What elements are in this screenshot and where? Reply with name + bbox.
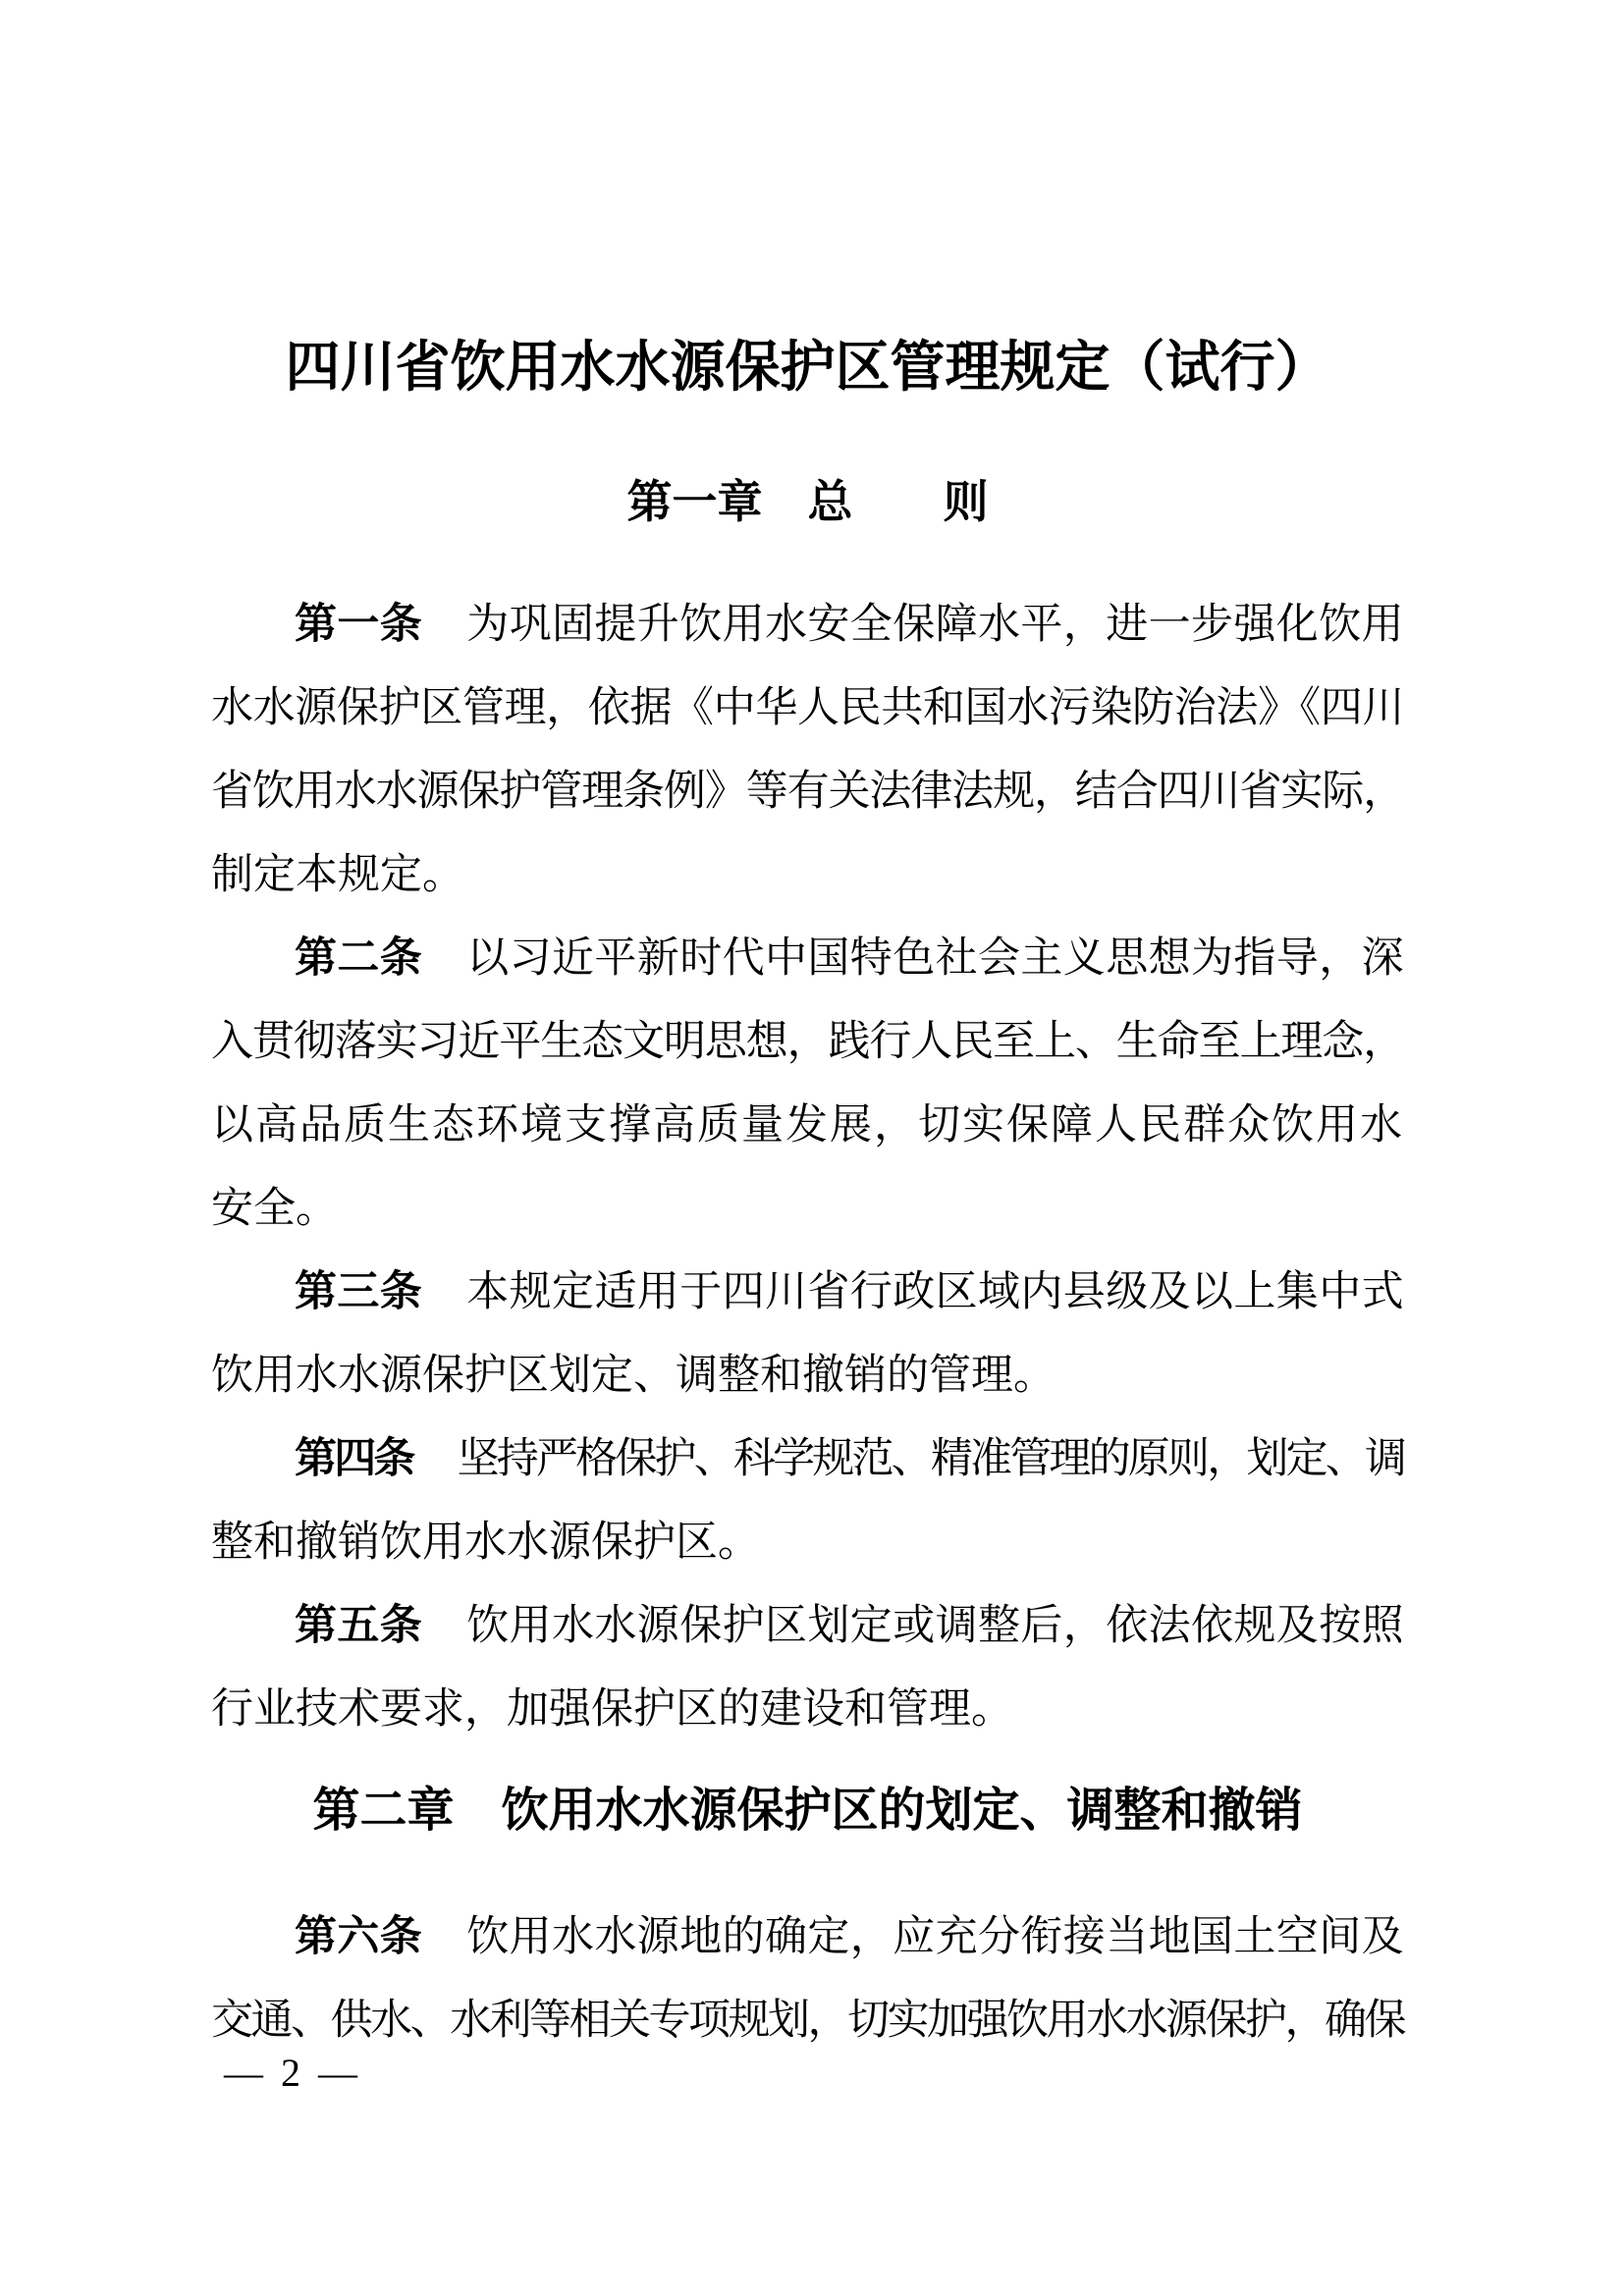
body-line: 入贯彻落实习近平生态文明思想，践行人民至上、生命至上理念， (211, 1000, 1404, 1084)
line-text: 饮用水水源保护区划定、调整和撤销的管理。 (211, 1353, 1056, 1399)
line-text: 行业技术要求，加强保护区的建设和管理。 (211, 1686, 1013, 1733)
body-line: 饮用水水源保护区划定、调整和撤销的管理。 (211, 1334, 1404, 1417)
body-line: 以高品质生态环境支撑高质量发展，切实保障人民群众饮用水 (211, 1084, 1404, 1167)
line-text: 交通、供水、水利等相关专项规划，切实加强饮用水水源保护，确保 (211, 1998, 1404, 2044)
line-text: 水水源保护区管理，依据《中华人民共和国水污染防治法》《四川 (211, 685, 1404, 731)
line-text: 安全。 (211, 1186, 338, 1232)
article-number-label: 第二条 (295, 934, 422, 982)
body-line: 第一条为巩固提升饮用水安全保障水平，进一步强化饮用 (211, 583, 1404, 667)
document-page: 四川省饮用水水源保护区管理规定（试行） 第一章 总 则第一条为巩固提升饮用水安全… (0, 0, 1624, 2296)
line-text: 饮用水水源地的确定，应充分衔接当地国土空间及 (466, 1914, 1404, 1960)
article-number-label: 第六条 (295, 1913, 422, 1960)
line-text: 坚持严格保护、科学规范、精准管理的原则，划定、调 (458, 1436, 1405, 1482)
body-line: 交通、供水、水利等相关专项规划，切实加强饮用水水源保护，确保 (211, 1979, 1404, 2062)
body-line: 整和撤销饮用水水源保护区。 (211, 1501, 1404, 1584)
chapter-heading: 第二章 饮用水水源保护区的划定、调整和撤销 (211, 1767, 1404, 1855)
article-number-label: 第五条 (295, 1602, 422, 1649)
body-line: 安全。 (211, 1167, 1404, 1251)
body-line: 第五条饮用水水源保护区划定或调整后，依法依规及按照 (211, 1584, 1404, 1668)
text-column: 四川省饮用水水源保护区管理规定（试行） 第一章 总 则第一条为巩固提升饮用水安全… (211, 0, 1404, 2062)
line-text: 饮用水水源保护区划定或调整后，依法依规及按照 (466, 1603, 1404, 1649)
body-line: 行业技术要求，加强保护区的建设和管理。 (211, 1668, 1404, 1751)
article-number-label: 第四条 (295, 1435, 413, 1482)
line-text: 整和撤销饮用水水源保护区。 (211, 1520, 760, 1566)
chapter-heading: 第一章 总 则 (211, 467, 1404, 536)
body-line: 省饮用水水源保护管理条例》等有关法律法规，结合四川省实际， (211, 750, 1404, 833)
body-line: 第二条以习近平新时代中国特色社会主义思想为指导，深 (211, 917, 1404, 1000)
line-text: 以高品质生态环境支撑高质量发展，切实保障人民群众饮用水 (211, 1102, 1404, 1148)
paragraph-group: 第六条饮用水水源地的确定，应充分衔接当地国土空间及交通、供水、水利等相关专项规划… (211, 1896, 1404, 2062)
line-text: 为巩固提升饮用水安全保障水平，进一步强化饮用 (466, 602, 1404, 648)
line-text: 入贯彻落实习近平生态文明思想，践行人民至上、生命至上理念， (211, 1019, 1404, 1065)
body-line: 第四条坚持严格保护、科学规范、精准管理的原则，划定、调 (211, 1417, 1404, 1501)
line-text: 以习近平新时代中国特色社会主义思想为指导，深 (466, 935, 1404, 982)
body-line: 第六条饮用水水源地的确定，应充分衔接当地国土空间及 (211, 1896, 1404, 1979)
body-line: 第三条本规定适用于四川省行政区域内县级及以上集中式 (211, 1251, 1404, 1334)
paragraph-group: 第一条为巩固提升饮用水安全保障水平，进一步强化饮用水水源保护区管理，依据《中华人… (211, 583, 1404, 1751)
document-body: 第一章 总 则第一条为巩固提升饮用水安全保障水平，进一步强化饮用水水源保护区管理… (211, 467, 1404, 2062)
article-number-label: 第三条 (295, 1268, 422, 1315)
body-line: 制定本规定。 (211, 833, 1404, 917)
page-number: — 2 — (224, 2050, 357, 2097)
article-number-label: 第一条 (295, 601, 422, 648)
document-title: 四川省饮用水水源保护区管理规定（试行） (211, 324, 1404, 412)
line-text: 制定本规定。 (211, 852, 464, 898)
line-text: 本规定适用于四川省行政区域内县级及以上集中式 (466, 1269, 1404, 1315)
body-line: 水水源保护区管理，依据《中华人民共和国水污染防治法》《四川 (211, 667, 1404, 750)
line-text: 省饮用水水源保护管理条例》等有关法律法规，结合四川省实际， (211, 769, 1404, 815)
